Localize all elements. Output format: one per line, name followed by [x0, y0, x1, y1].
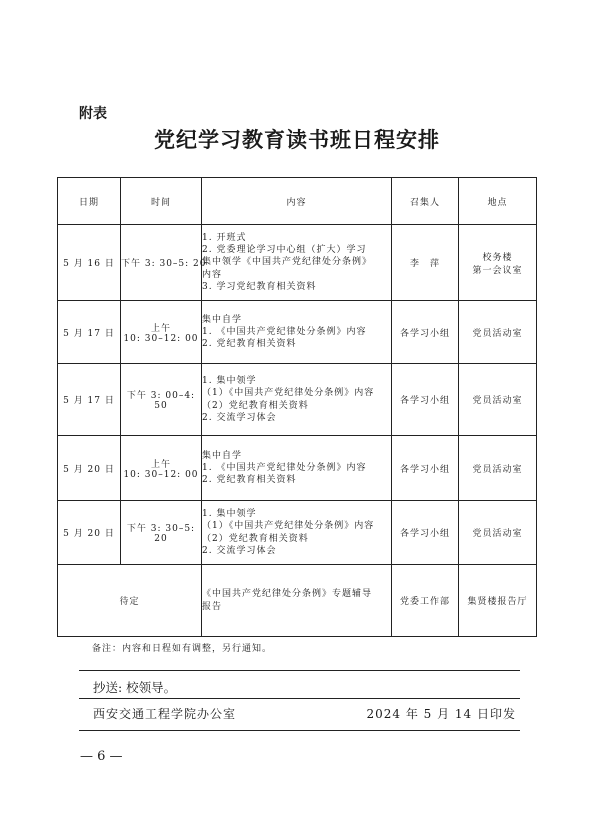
convener-cell: 各学习小组 [392, 436, 459, 501]
content-line: （2）党纪教育相关资料 [202, 400, 391, 412]
divider [79, 730, 520, 731]
cc-line: 抄送: 校领导。 [93, 678, 176, 696]
date-time-cell: 待定 [58, 565, 202, 637]
content-line: 集中领学《中国共产党纪律处分条例》 [202, 256, 391, 268]
table-row: 5 月 20 日 下午 3: 30–5: 20 1. 集中领学 （1）《中国共产… [58, 501, 537, 565]
date-cell: 5 月 17 日 [58, 364, 121, 436]
content-line: 1. 开班式 [202, 232, 391, 244]
content-cell: 集中自学 1. 《中国共产党纪律处分条例》内容 2. 党纪教育相关资料 [202, 301, 392, 364]
convener-cell: 李 萍 [392, 225, 459, 301]
document-title: 党纪学习教育读书班日程安排 [0, 124, 594, 154]
table-row: 5 月 16 日 下午 3: 30–5: 20 1. 开班式 2. 党委理论学习… [58, 225, 537, 301]
location-cell: 党员活动室 [459, 501, 537, 565]
table-header-row: 日期 时间 内容 召集人 地点 [58, 178, 537, 225]
content-line: （2）党纪教育相关资料 [202, 533, 391, 545]
time-cell: 上午 10: 30–12: 00 [121, 301, 202, 364]
content-line: 《中国共产党纪律处分条例》专题辅导 [202, 588, 391, 600]
convener-cell: 各学习小组 [392, 501, 459, 565]
issuer: 西安交通工程学院办公室 [93, 705, 236, 722]
time-text: 10: 30–12: 00 [121, 470, 201, 480]
table-row: 5 月 20 日 上午 10: 30–12: 00 集中自学 1. 《中国共产党… [58, 436, 537, 501]
content-line: 1. 《中国共产党纪律处分条例》内容 [202, 326, 391, 338]
time-text: 上午 [121, 457, 201, 470]
column-header-date: 日期 [58, 178, 121, 225]
content-line: 集中自学 [202, 450, 391, 462]
location-cell: 党员活动室 [459, 364, 537, 436]
date-cell: 5 月 20 日 [58, 501, 121, 565]
location-cell: 集贤楼报告厅 [459, 565, 537, 637]
location-cell: 党员活动室 [459, 436, 537, 501]
time-text: 上午 [121, 321, 201, 334]
time-cell: 下午 3: 30–5: 20 [121, 225, 202, 301]
convener-cell: 各学习小组 [392, 301, 459, 364]
column-header-time: 时间 [121, 178, 202, 225]
time-cell: 下午 3: 30–5: 20 [121, 501, 202, 565]
content-cell: 集中自学 1. 《中国共产党纪律处分条例》内容 2. 党纪教育相关资料 [202, 436, 392, 501]
content-cell: 《中国共产党纪律处分条例》专题辅导 报告 [202, 565, 392, 637]
content-line: 2. 党纪教育相关资料 [202, 474, 391, 486]
content-line: 2. 交流学习体会 [202, 545, 391, 557]
content-cell: 1. 集中领学 （1）《中国共产党纪律处分条例》内容 （2）党纪教育相关资料 2… [202, 364, 392, 436]
content-line: 3. 学习党纪教育相关资料 [202, 281, 391, 293]
appendix-label: 附表 [79, 103, 107, 123]
location-cell: 党员活动室 [459, 301, 537, 364]
date-cell: 5 月 20 日 [58, 436, 121, 501]
content-line: 内容 [202, 269, 391, 281]
divider [79, 670, 520, 671]
column-header-content: 内容 [202, 178, 392, 225]
content-line: 2. 党委理论学习中心组（扩大）学习 [202, 244, 391, 256]
location-line: 第一会议室 [459, 263, 536, 276]
issue-date: 2024 年 5 月 14 日印发 [366, 705, 516, 722]
convener-cell: 各学习小组 [392, 364, 459, 436]
content-line: 1. 集中领学 [202, 508, 391, 520]
content-cell: 1. 集中领学 （1）《中国共产党纪律处分条例》内容 （2）党纪教育相关资料 2… [202, 501, 392, 565]
schedule-table: 日期 时间 内容 召集人 地点 5 月 16 日 下午 3: 30–5: 20 … [57, 177, 537, 637]
content-line: （1）《中国共产党纪律处分条例》内容 [202, 387, 391, 399]
time-text: 下午 3: 30–5: 20 [121, 256, 201, 269]
content-line: （1）《中国共产党纪律处分条例》内容 [202, 520, 391, 532]
content-line: 2. 交流学习体会 [202, 412, 391, 424]
content-line: 1. 集中领学 [202, 375, 391, 387]
time-cell: 上午 10: 30–12: 00 [121, 436, 202, 501]
column-header-convener: 召集人 [392, 178, 459, 225]
content-line: 1. 《中国共产党纪律处分条例》内容 [202, 462, 391, 474]
divider [79, 698, 520, 699]
content-line: 报告 [202, 601, 391, 613]
note-text: 备注：内容和日程如有调整，另行通知。 [92, 641, 272, 654]
content-line: 2. 党纪教育相关资料 [202, 338, 391, 350]
location-line: 校务楼 [459, 250, 536, 263]
table-row: 5 月 17 日 下午 3: 00–4: 50 1. 集中领学 （1）《中国共产… [58, 364, 537, 436]
location-cell: 校务楼 第一会议室 [459, 225, 537, 301]
convener-cell: 党委工作部 [392, 565, 459, 637]
time-cell: 下午 3: 00–4: 50 [121, 364, 202, 436]
table-row: 5 月 17 日 上午 10: 30–12: 00 集中自学 1. 《中国共产党… [58, 301, 537, 364]
date-cell: 5 月 16 日 [58, 225, 121, 301]
table-row: 待定 《中国共产党纪律处分条例》专题辅导 报告 党委工作部 集贤楼报告厅 [58, 565, 537, 637]
content-cell: 1. 开班式 2. 党委理论学习中心组（扩大）学习 集中领学《中国共产党纪律处分… [202, 225, 392, 301]
date-cell: 5 月 17 日 [58, 301, 121, 364]
page-number: — 6 — [80, 749, 123, 764]
column-header-location: 地点 [459, 178, 537, 225]
time-text: 10: 30–12: 00 [121, 334, 201, 344]
content-line: 集中自学 [202, 314, 391, 326]
